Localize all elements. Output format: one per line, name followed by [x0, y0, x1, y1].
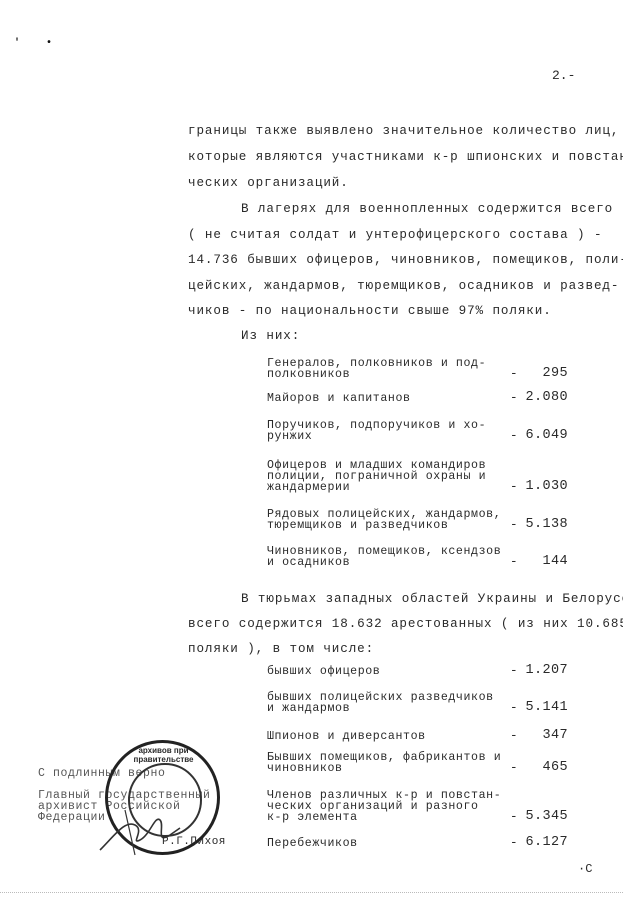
list-item-value: 6.049 [508, 428, 568, 443]
list-item-label: Генералов, полковников и под- полковнико… [267, 358, 486, 380]
list-item-value: 2.080 [508, 390, 568, 405]
list-item-value: 465 [508, 760, 568, 775]
list-item-value: 295 [508, 366, 568, 381]
list-item-value: 1.030 [508, 479, 568, 494]
list-item-label: Чиновников, помещиков, ксендзов и осадни… [267, 546, 501, 568]
document-page: ' • 2.- границы также выявлено значитель… [0, 0, 623, 899]
page-number: 2.- [552, 68, 575, 83]
list-item-label: Перебежчиков [267, 838, 358, 849]
list-item-value: 5.345 [508, 809, 568, 824]
text-line: В тюрьмах западных областей Украины и Бе… [241, 592, 623, 606]
list-item-label: бывших полицейских разведчиков и жандарм… [267, 692, 494, 714]
list-item-value: 347 [508, 728, 568, 743]
text-line: 14.736 бывших офицеров, чиновников, поме… [188, 253, 623, 267]
scan-edge [0, 892, 623, 895]
text-line: поляки ), в том числе: [188, 642, 374, 656]
text-line: ( не считая солдат и унтерофицерского со… [188, 228, 602, 242]
text-line: всего содержится 18.632 арестованных ( и… [188, 617, 623, 631]
text-line: цейских, жандармов, тюремщиков, осаднико… [188, 279, 619, 293]
list-item-label: Бывших помещиков, фабрикантов и чиновник… [267, 752, 501, 774]
text-line: которые являются участниками к-р шпионск… [188, 150, 623, 164]
list-item-value: 5.141 [508, 700, 568, 715]
list-item-value: 6.127 [508, 835, 568, 850]
corner-marks: ' • [14, 38, 62, 49]
footer-mark: ·С [578, 862, 592, 876]
list-item-label: бывших офицеров [267, 666, 380, 677]
text-line: границы также выявлено значительное коли… [188, 124, 619, 138]
of-them-heading: Из них: [241, 329, 300, 343]
list-item-value: 144 [508, 554, 568, 569]
list-item-label: Офицеров и младших командиров полиции, п… [267, 460, 486, 493]
text-line: В лагерях для военнопленных содержится в… [241, 202, 613, 216]
list-item-label: Поручиков, подпоручиков и хо- рунжих [267, 420, 486, 442]
signature-icon [95, 800, 185, 860]
signatory-name: Р.Г.Пихоя [162, 836, 226, 848]
list-item-label: Майоров и капитанов [267, 393, 411, 404]
list-item-label: Рядовых полицейских, жандармов, тюремщик… [267, 509, 501, 531]
list-item-label: Членов различных к-р и повстан- ческих о… [267, 790, 501, 823]
list-item-label: Шпионов и диверсантов [267, 731, 426, 742]
list-item-value: 5.138 [508, 517, 568, 532]
list-item-value: 1.207 [508, 663, 568, 678]
text-line: чиков - по национальности свыше 97% поля… [188, 304, 552, 318]
text-line: ческих организаций. [188, 176, 349, 190]
seal-text: архивов при правительстве [116, 746, 211, 764]
